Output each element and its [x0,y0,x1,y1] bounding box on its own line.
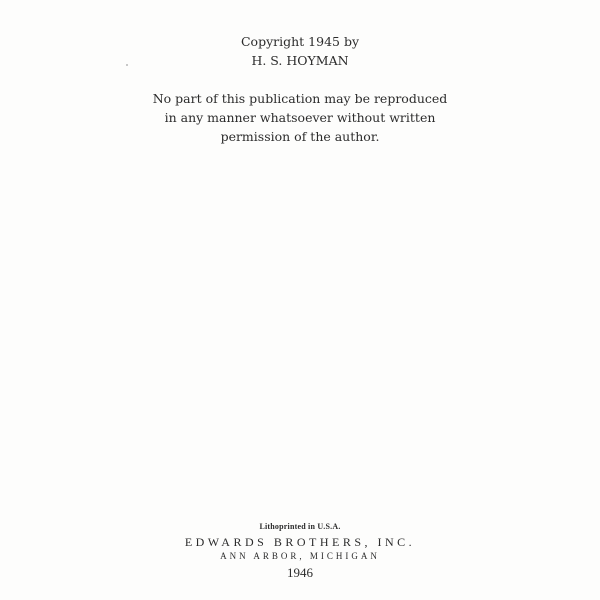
author-name: H. S. HOYMAN [0,51,600,70]
publisher-name: EDWARDS BROTHERS, INC. [0,535,600,550]
printed-location: Lithoprinted in U.S.A. [0,522,600,531]
notice-line-2: in any manner whatsoever without written [0,108,600,127]
copyright-line: Copyright 1945 by [0,32,600,51]
copyright-block: Copyright 1945 by H. S. HOYMAN [0,32,600,70]
copyright-page: Copyright 1945 by H. S. HOYMAN No part o… [0,0,600,600]
notice-line-1: No part of this publication may be repro… [0,89,600,108]
rights-notice: No part of this publication may be repro… [0,89,600,146]
publication-year: 1946 [0,565,600,581]
publisher-place: ANN ARBOR, MICHIGAN [0,551,600,561]
notice-line-3: permission of the author. [0,127,600,146]
